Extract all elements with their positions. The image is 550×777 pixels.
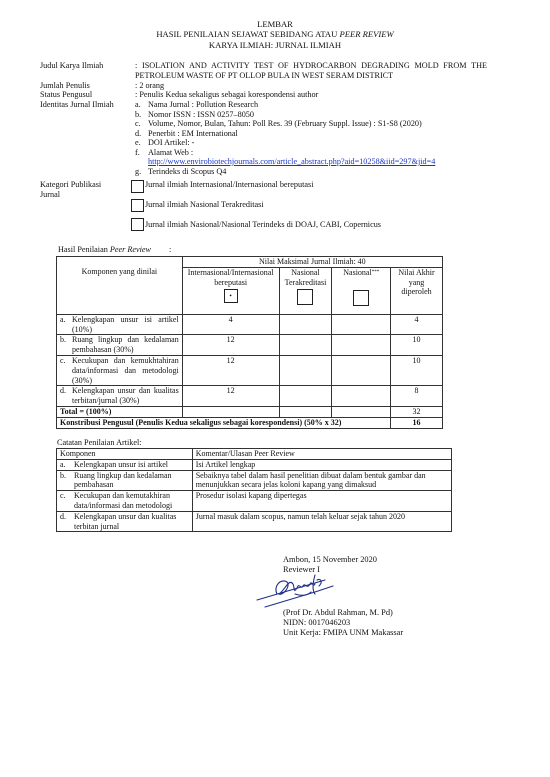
sign-nidn: NIDN: 0017046203 (283, 618, 350, 629)
kontribusi-label: Konstribusi Pengusul (Penulis Kedua seka… (57, 417, 391, 428)
catatan-col-komentar: Komentar/Ulasan Peer Review (192, 449, 451, 460)
total-cell-nasional-akr (279, 406, 332, 417)
col-header-nilai-maksimal: Nilai Maksimal Jurnal Ilmiah: 40 (182, 257, 442, 268)
catatan-komponen: d.Kelengkapan unsur dan kualitasterbitan… (57, 511, 193, 532)
catatan-komponen-line2: pembahasan (74, 480, 189, 490)
catatan-table: Komponen Komentar/Ulasan Peer Review a.K… (56, 448, 452, 532)
judul-value-text: : ISOLATION AND ACTIVITY TEST OF HYDROCA… (135, 61, 487, 71)
checkbox-nasional-terakreditasi[interactable] (297, 289, 313, 305)
kategori-option-nasional-terindeks: Jurnal ilmiah Nasional/Nasional Terindek… (145, 220, 381, 230)
catatan-letter: d. (60, 512, 74, 532)
catatan-row: c.Kecukupan dan kemutakhirandata/informa… (57, 491, 452, 512)
col-header-komponen: Komponen yang dinilai (57, 257, 183, 315)
catatan-komponen-line1: Kecukupan dan kemutakhiran (74, 491, 189, 501)
catatan-letter: b. (60, 471, 74, 491)
row-komponen: c.Kecukupan dan kemukhtahirandata/inform… (57, 355, 183, 385)
catatan-letter: c. (60, 491, 74, 511)
row-internasional: 4 (182, 314, 279, 335)
row-letter: c. (60, 356, 72, 385)
catatan-komentar-line1: Prosedur isolasi kapang dipertegas (196, 491, 448, 501)
identitas-letter: f. (135, 148, 140, 158)
row-komponen-line1: Kelengkapan unsur isi artikel (72, 315, 179, 325)
total-cell-nasional (332, 406, 391, 417)
catatan-komponen: c.Kecukupan dan kemutakhirandata/informa… (57, 491, 193, 512)
row-nasional (332, 335, 391, 356)
row-nasional (332, 314, 391, 335)
row-komponen-line1b: data/informasi dan metodologi (72, 366, 179, 376)
signature-scribble-icon (255, 572, 350, 612)
catatan-komentar: Sebaiknya tabel dalam hasil penelitian d… (192, 470, 451, 491)
peer-review-title: Hasil Penilaian Peer Review: (58, 245, 171, 255)
row-nasional (332, 386, 391, 407)
doc-title-hasil: HASIL PENILAIAN SEJAWAT SEBIDANG ATAU PE… (0, 29, 550, 40)
checkbox-internasional-checked[interactable]: • (224, 289, 238, 303)
peer-review-title-colon: : (151, 245, 171, 254)
col-header-nasional-terakreditasi: Nasional Terakreditasi (279, 267, 332, 314)
peer-review-title-italic: Peer Review (110, 245, 151, 254)
row-komponen: a.Kelengkapan unsur isi artikel(10%) (57, 314, 183, 335)
table-row: d.Kelengkapan unsur dan kualitasterbitan… (57, 386, 443, 407)
total-cell-internasional (182, 406, 279, 417)
identitas-label: Identitas Jurnal Ilmiah (40, 100, 114, 110)
judul-label: Judul Karya Ilmiah (40, 61, 103, 71)
catatan-komponen: b.Ruang lingkup dan kedalamanpembahasan (57, 470, 193, 491)
status-pengusul-label: Status Pengusul (40, 90, 92, 100)
catatan-row: d.Kelengkapan unsur dan kualitasterbitan… (57, 511, 452, 532)
row-letter: b. (60, 335, 72, 355)
row-letter: d. (60, 386, 72, 406)
col-header-nasional-sup: *** (372, 270, 380, 275)
row-internasional: 12 (182, 355, 279, 385)
row-nilai-akhir: 8 (391, 386, 443, 407)
row-komponen-line2: (30%) (72, 376, 179, 386)
catatan-komponen-line1: Kelengkapan unsur isi artikel (74, 460, 189, 470)
row-komponen-line1: Ruang lingkup dan kedalaman (72, 335, 179, 345)
total-value: 32 (391, 406, 443, 417)
kategori-option-nasional-terakreditasi: Jurnal ilmiah Nasional Terakreditasi (145, 200, 264, 210)
catatan-komentar-line1: Isi Artikel lengkap (196, 460, 448, 470)
doc-title-karya: KARYA ILMIAH: JURNAL ILMIAH (0, 40, 550, 51)
row-internasional: 12 (182, 335, 279, 356)
row-nasional-akr (279, 386, 332, 407)
row-komponen-line2: pembahasan (30%) (72, 345, 179, 355)
table-row: c.Kecukupan dan kemukhtahirandata/inform… (57, 355, 443, 385)
catatan-col-komponen: Komponen (57, 449, 193, 460)
doc-title-lembar: LEMBAR (0, 19, 550, 30)
row-nasional-akr (279, 335, 332, 356)
row-komponen-line1: Kecukupan dan kemukhtahiran (72, 356, 179, 366)
catatan-komentar: Prosedur isolasi kapang dipertegas (192, 491, 451, 512)
row-nasional-akr (279, 314, 332, 335)
row-nasional-akr (279, 355, 332, 385)
peer-review-table: Komponen yang dinilai Nilai Maksimal Jur… (56, 256, 443, 429)
row-komponen: b.Ruang lingkup dan kedalamanpembahasan … (57, 335, 183, 356)
catatan-letter: a. (60, 460, 74, 470)
table-row: a.Kelengkapan unsur isi artikel(10%)44 (57, 314, 443, 335)
sign-unit: Unit Kerja: FMIPA UNM Makassar (283, 628, 403, 639)
row-letter: a. (60, 315, 72, 335)
kategori-checkbox-nasional-terindeks[interactable] (131, 218, 144, 231)
kategori-checkbox-nasional-terakreditasi[interactable] (131, 199, 144, 212)
row-nilai-akhir: 10 (391, 335, 443, 356)
kategori-label: Kategori Publikasi (40, 180, 101, 190)
catatan-komponen: a.Kelengkapan unsur isi artikel (57, 459, 193, 470)
row-nasional (332, 355, 391, 385)
col-header-nilai-akhir: Nilai Akhir yang diperoleh (391, 267, 443, 314)
sign-name: (Prof Dr. Abdul Rahman, M. Pd) (283, 608, 393, 619)
total-label: Total = (100%) (57, 406, 183, 417)
identitas-letter: g. (135, 167, 141, 177)
col-header-nasional-akr-label: Nasional Terakreditasi (283, 268, 329, 288)
col-header-internasional: Internasional/Internasional bereputasi • (182, 267, 279, 314)
doc-title-italic: PEER REVIEW (339, 29, 393, 39)
row-internasional: 12 (182, 386, 279, 407)
catatan-komentar-line2: menunjukkan secara jelas koloni kapang y… (196, 480, 448, 490)
catatan-row: b.Ruang lingkup dan kedalamanpembahasanS… (57, 470, 452, 491)
catatan-komentar-line1: Jurnal masuk dalam scopus, namun telah k… (196, 512, 448, 522)
catatan-komentar-line1: Sebaiknya tabel dalam hasil penelitian d… (196, 471, 448, 481)
row-nilai-akhir: 4 (391, 314, 443, 335)
catatan-komponen-line1: Ruang lingkup dan kedalaman (74, 471, 189, 481)
catatan-komponen-line2: data/informasi dan metodologi (74, 501, 189, 511)
doc-title-prefix: HASIL PENILAIAN SEJAWAT SEBIDANG ATAU (156, 29, 339, 39)
catatan-komentar: Isi Artikel lengkap (192, 459, 451, 470)
kategori-option-internasional: Jurnal ilmiah Internasional/Internasiona… (145, 180, 313, 190)
sign-place-date: Ambon, 15 November 2020 (283, 555, 377, 566)
status-pengusul-value: : Penulis Kedua sekaligus sebagai koresp… (135, 90, 318, 100)
catatan-title: Catatan Penilaian Artikel: (57, 438, 142, 448)
catatan-row: a.Kelengkapan unsur isi artikelIsi Artik… (57, 459, 452, 470)
col-header-nasional: Nasional*** (332, 267, 391, 314)
kontribusi-value: 16 (391, 417, 443, 428)
checkbox-nasional[interactable] (353, 290, 369, 306)
identitas-item: Terindeks di Scopus Q4 (148, 167, 226, 177)
catatan-komponen-line2: terbitan jurnal (74, 522, 189, 532)
row-komponen: d.Kelengkapan unsur dan kualitasterbitan… (57, 386, 183, 407)
row-nilai-akhir: 10 (391, 355, 443, 385)
row-komponen-line2: (10%) (72, 325, 179, 335)
kategori-checkbox-internasional[interactable] (131, 180, 144, 193)
row-komponen-line2: terbitan/jurnal (30%) (72, 396, 179, 406)
judul-value-line1: : ISOLATION AND ACTIVITY TEST OF HYDROCA… (135, 61, 487, 71)
table-row: b.Ruang lingkup dan kedalamanpembahasan … (57, 335, 443, 356)
catatan-komponen-line1: Kelengkapan unsur dan kualitas (74, 512, 189, 522)
row-komponen-line1: Kelengkapan unsur dan kualitas (72, 386, 179, 396)
peer-review-title-prefix: Hasil Penilaian (58, 245, 110, 254)
col-header-nasional-label: Nasional (343, 268, 371, 277)
kategori-label-2: Jurnal (40, 190, 60, 200)
catatan-komentar: Jurnal masuk dalam scopus, namun telah k… (192, 511, 451, 532)
col-header-internasional-label: Internasional/Internasional bereputasi (186, 268, 276, 288)
judul-value-line2: PETROLEUM WASTE OF PT OLLOP BULA IN WEST… (135, 71, 393, 81)
